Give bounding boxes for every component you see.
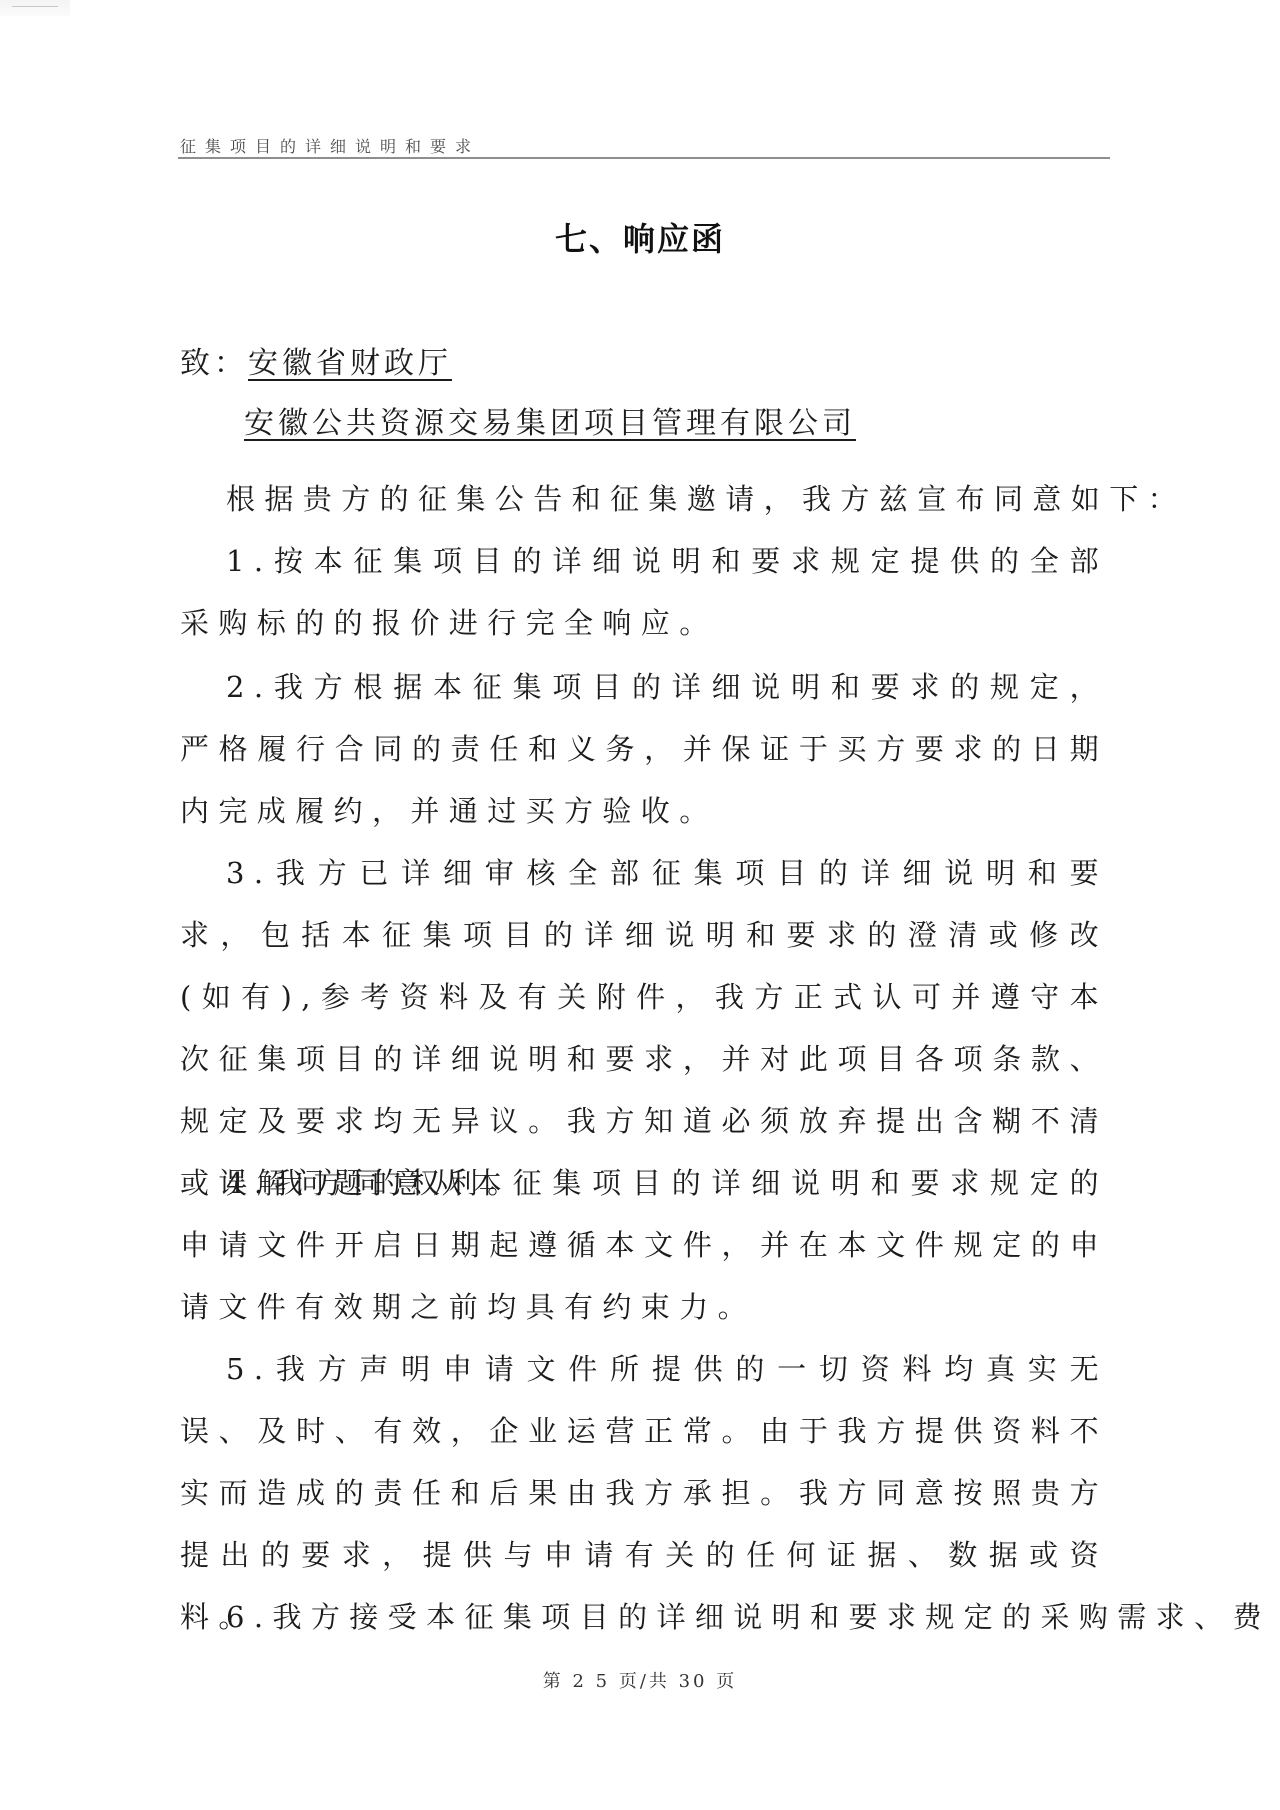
page-number-footer: 第 2 5 页/共 30 页 (0, 1667, 1280, 1693)
addressee-line-1: 致：安徽省财政厅 (180, 334, 1108, 394)
addressee-line-2: 安徽公共资源交易集团项目管理有限公司 (180, 394, 1108, 454)
clause-2: 2.我方根据本征集项目的详细说明和要求的规定，严格履行合同的责任和义务，并保证于… (180, 656, 1108, 842)
clause-4: 4.我方同意从本征集项目的详细说明和要求规定的申请文件开启日期起遵循本文件，并在… (180, 1152, 1108, 1338)
running-header: 征集项目的详细说明和要求 (178, 133, 1110, 159)
page-title: 七、响应函 (0, 214, 1280, 260)
running-header-title: 征集项目的详细说明和要求 (180, 137, 480, 157)
intro-paragraph: 根据贵方的征集公告和征集邀请，我方兹宣布同意如下： (180, 468, 1108, 530)
clause-1: 1.按本征集项目的详细说明和要求规定提供的全部采购标的的报价进行完全响应。 (180, 530, 1108, 654)
recipient-finance-department: 安徽省财政厅 (248, 346, 452, 381)
scan-edge-artifact (0, 0, 70, 16)
recipient-trading-group: 安徽公共资源交易集团项目管理有限公司 (244, 406, 856, 441)
addressee-prefix: 致： (180, 346, 248, 381)
clause-6: 6.我方接受本征集项目的详细说明和要求规定的采购需求、费 (180, 1586, 1108, 1648)
addressee-block: 致：安徽省财政厅 安徽公共资源交易集团项目管理有限公司 (180, 334, 1108, 454)
